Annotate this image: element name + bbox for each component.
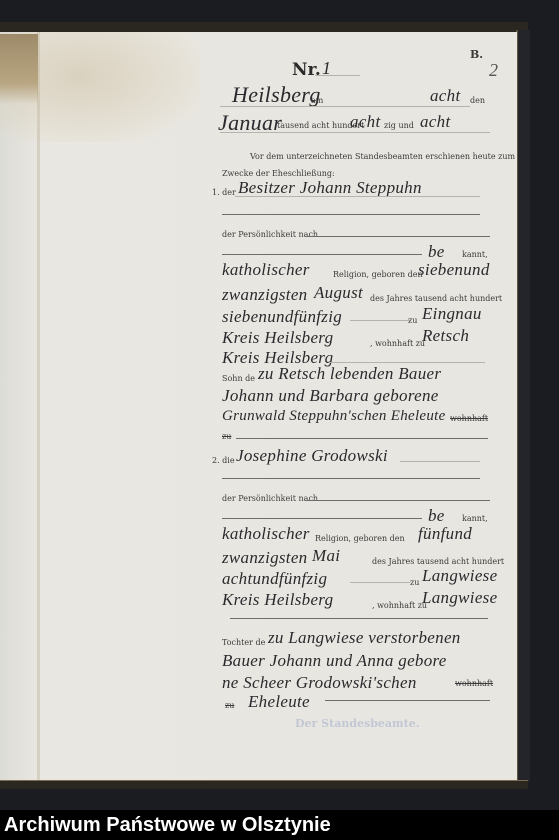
groom-residence-label: , wohnhaft zu xyxy=(370,339,425,348)
rule xyxy=(305,500,490,501)
bride-index: 2. die xyxy=(212,456,235,465)
groom-identity-label: der Persönlichkeit nach xyxy=(222,230,318,239)
groom-parents-line-3: Grunwald Steppuhn'schen Eheleute xyxy=(222,408,446,425)
bride-religion-label: Religion, geboren den xyxy=(315,534,405,543)
page-number: 2 xyxy=(489,60,498,81)
bride-zu-label: zu xyxy=(410,578,419,587)
book-cover-right-edge xyxy=(516,30,530,782)
place-handwritten: Heilsberg xyxy=(232,82,321,108)
bride-identity-label: der Persönlichkeit nach xyxy=(222,494,318,503)
bride-birth-day-2: zwanzigsten xyxy=(222,548,307,568)
book-cover-bottom-edge xyxy=(0,780,528,789)
bride-birth-district: Kreis Heilsberg xyxy=(222,590,333,610)
bride-residence: Langwiese xyxy=(422,588,497,608)
day-handwritten: acht xyxy=(430,86,460,106)
archive-name: Archiwum Państwowe w Olsztynie xyxy=(4,814,331,837)
faint-bleed-through-stamp: Der Standesbeamte. xyxy=(295,717,420,730)
rule xyxy=(350,320,410,321)
groom-known-value: be xyxy=(428,242,445,262)
record-number-label: Nr. xyxy=(292,60,321,80)
rule xyxy=(222,478,480,479)
rule xyxy=(315,75,360,76)
rule xyxy=(222,254,422,255)
page-gutter xyxy=(37,32,40,781)
groom-name: Besitzer Johann Steppuhn xyxy=(238,178,422,198)
section-letter: B. xyxy=(470,48,483,61)
groom-religion: katholischer xyxy=(222,260,310,280)
intro-line-2: Zwecke der Eheschließung: xyxy=(222,169,335,178)
bride-parents-line-4: Eheleute xyxy=(248,692,310,712)
groom-parents-label: Sohn de xyxy=(222,374,255,383)
bride-parents-label: Tochter de xyxy=(222,638,265,647)
groom-birth-day: siebenund xyxy=(418,260,490,280)
groom-birth-month: August xyxy=(314,283,363,303)
rule xyxy=(220,106,470,107)
groom-birth-district: Kreis Heilsberg xyxy=(222,328,333,348)
year-unit-handwritten: acht xyxy=(420,112,450,132)
intro-line-1: Vor dem unterzeichneten Standesbeamten e… xyxy=(250,152,515,161)
bride-name: Josephine Grodowski xyxy=(236,446,388,466)
rule xyxy=(325,700,490,701)
rule xyxy=(400,461,480,462)
bride-birth-year: achtundfünfzig xyxy=(222,569,327,589)
rule xyxy=(220,132,490,133)
bride-year-label: des Jahres tausend acht hundert xyxy=(372,557,504,566)
rule xyxy=(305,236,490,237)
bride-religion: katholischer xyxy=(222,524,310,544)
groom-parents-line-2: Johann und Barbara geborene xyxy=(222,386,439,406)
rule xyxy=(230,618,488,619)
groom-parents-line-1: zu Retsch lebenden Bauer xyxy=(258,364,441,384)
rule xyxy=(330,362,485,363)
year-printed-2: zig und xyxy=(384,121,414,130)
groom-known-label: kannt, xyxy=(462,250,488,259)
rule xyxy=(350,582,410,583)
groom-birth-day-2: zwanzigsten xyxy=(222,285,307,305)
am-label: am xyxy=(311,96,323,105)
bride-zu-struck: zu xyxy=(225,701,234,710)
rule xyxy=(222,518,422,519)
rule xyxy=(222,214,480,215)
groom-zu-struck: zu xyxy=(222,432,231,441)
bride-birth-day: fünfund xyxy=(418,524,472,544)
year-decade-handwritten: acht xyxy=(350,112,380,132)
groom-residence: Retsch xyxy=(422,326,469,346)
bride-birth-month: Mai xyxy=(312,546,340,566)
groom-wohnhaft-struck: wohnhaft xyxy=(450,414,488,423)
groom-religion-label: Religion, geboren den xyxy=(333,270,423,279)
bride-parents-line-3: ne Scheer Grodowski'schen xyxy=(222,673,417,693)
groom-birth-place: Eingnau xyxy=(422,304,482,324)
bride-known-label: kannt, xyxy=(462,514,488,523)
rule xyxy=(236,438,488,439)
bride-residence-label: , wohnhaft zu xyxy=(372,601,427,610)
rule xyxy=(235,196,480,197)
bride-parents-line-1: zu Langwiese verstorbenen xyxy=(268,628,461,648)
bride-known-value: be xyxy=(428,506,445,526)
bride-parents-line-2: Bauer Johann und Anna gebore xyxy=(222,651,447,671)
groom-birth-year: siebenundfünfzig xyxy=(222,307,342,327)
groom-year-label: des Jahres tausend acht hundert xyxy=(370,294,502,303)
den-label: den xyxy=(470,96,485,105)
groom-index: 1. der xyxy=(212,188,236,197)
bride-birth-place: Langwiese xyxy=(422,566,497,586)
groom-zu-label: zu xyxy=(408,316,417,325)
water-stain-dark xyxy=(0,34,38,104)
bride-wohnhaft-struck: wohnhaft xyxy=(455,679,493,688)
